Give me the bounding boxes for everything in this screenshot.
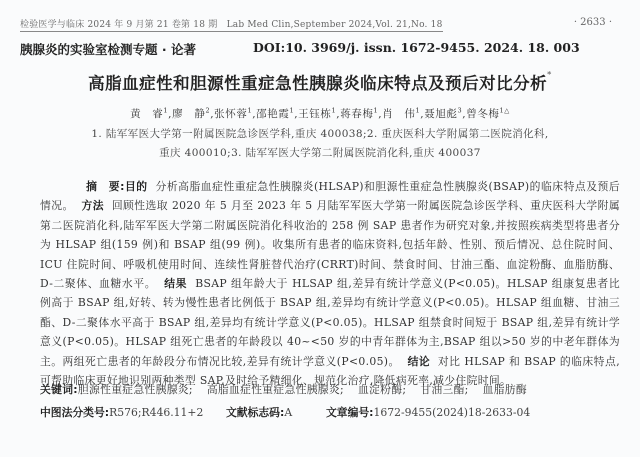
keyword: 胆源性重症急性胰腺炎; bbox=[78, 383, 193, 396]
title-text: 高脂血症性和胆源性重症急性胰腺炎临床特点及预后对比分析 bbox=[88, 74, 547, 93]
objective-label: 目的 bbox=[125, 180, 148, 193]
author: 曾冬梅1△ bbox=[466, 108, 510, 120]
section-label: 胰腺炎的实验室检测专题 · 论著 bbox=[20, 40, 196, 58]
article-title: 高脂血症性和胆源性重症急性胰腺炎临床特点及预后对比分析* bbox=[0, 70, 640, 94]
author: 邵艳霞1 bbox=[256, 108, 294, 120]
author: 聂旭彪3 bbox=[424, 108, 462, 120]
running-head: 检验医学与临床 2024 年 9 月第 21 卷第 18 期 Lab Med C… bbox=[20, 14, 620, 32]
keyword: 高脂血症性重症急性胰腺炎; bbox=[207, 383, 344, 396]
journal-citation-line: 检验医学与临床 2024 年 9 月第 21 卷第 18 期 Lab Med C… bbox=[20, 17, 443, 32]
affiliation-line-1: 1. 陆军军医大学第一附属医院急诊医学科,重庆 400038;2. 重庆医科大学… bbox=[0, 126, 640, 141]
author: 张怀蓉1 bbox=[214, 108, 252, 120]
affiliation-line-2: 重庆 400010;3. 陆军军医大学第二附属医院消化科,重庆 400037 bbox=[0, 145, 640, 160]
document-code: 文献标志码:A bbox=[226, 405, 292, 420]
author: 黄 睿1 bbox=[130, 108, 168, 120]
doi[interactable]: DOI:10. 3969/j. issn. 1672-9455. 2024. 1… bbox=[253, 40, 580, 55]
keyword: 血脂肪酶 bbox=[483, 383, 527, 396]
author: 廖 静2 bbox=[172, 108, 210, 120]
author: 王钰栋1 bbox=[298, 108, 336, 120]
results-label: 结果 bbox=[164, 277, 187, 290]
keyword: 血淀粉酶; bbox=[358, 383, 406, 396]
keyword: 甘油三酯; bbox=[420, 383, 468, 396]
title-footnote-mark: * bbox=[547, 70, 552, 79]
journal-page: 检验医学与临床 2024 年 9 月第 21 卷第 18 期 Lab Med C… bbox=[0, 0, 640, 457]
conclusion-label: 结论 bbox=[408, 355, 431, 368]
page-number: · 2633 · bbox=[574, 17, 612, 28]
article-number: 文章编号:1672-9455(2024)18-2633-04 bbox=[326, 405, 530, 420]
author-list: 黄 睿1,廖 静2,张怀蓉1,邵艳霞1,王钰栋1,蒋春梅1,肖 伟1,聂旭彪3,… bbox=[0, 106, 640, 121]
abstract: 摘 要:目的 分析高脂血症性重症急性胰腺炎(HLSAP)和胆源性重症急性胰腺炎(… bbox=[40, 177, 620, 390]
abstract-label: 摘 要: bbox=[86, 180, 125, 193]
methods-label: 方法 bbox=[82, 199, 105, 212]
author: 肖 伟1 bbox=[382, 108, 420, 120]
keywords: 关键词:胆源性重症急性胰腺炎;高脂血症性重症急性胰腺炎;血淀粉酶;甘油三酯;血脂… bbox=[40, 382, 630, 397]
section-line: 胰腺炎的实验室检测专题 · 论著 DOI:10. 3969/j. issn. 1… bbox=[20, 38, 620, 58]
clc-number: 中图法分类号:R576;R446.11+2 bbox=[40, 405, 203, 420]
author: 蒋春梅1 bbox=[340, 108, 378, 120]
keywords-label: 关键词: bbox=[40, 383, 78, 396]
